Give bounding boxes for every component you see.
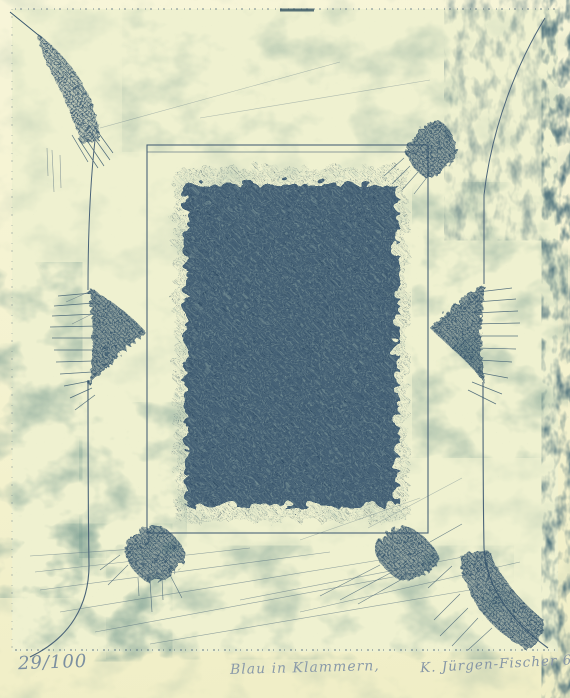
artwork-print: 29/100 Blau in Klammern, K. Jürgen-Fisch… xyxy=(0,0,570,698)
edition-number: 29/100 xyxy=(18,651,88,674)
etching-graphics xyxy=(0,0,570,698)
central-hatch-block xyxy=(182,180,393,502)
